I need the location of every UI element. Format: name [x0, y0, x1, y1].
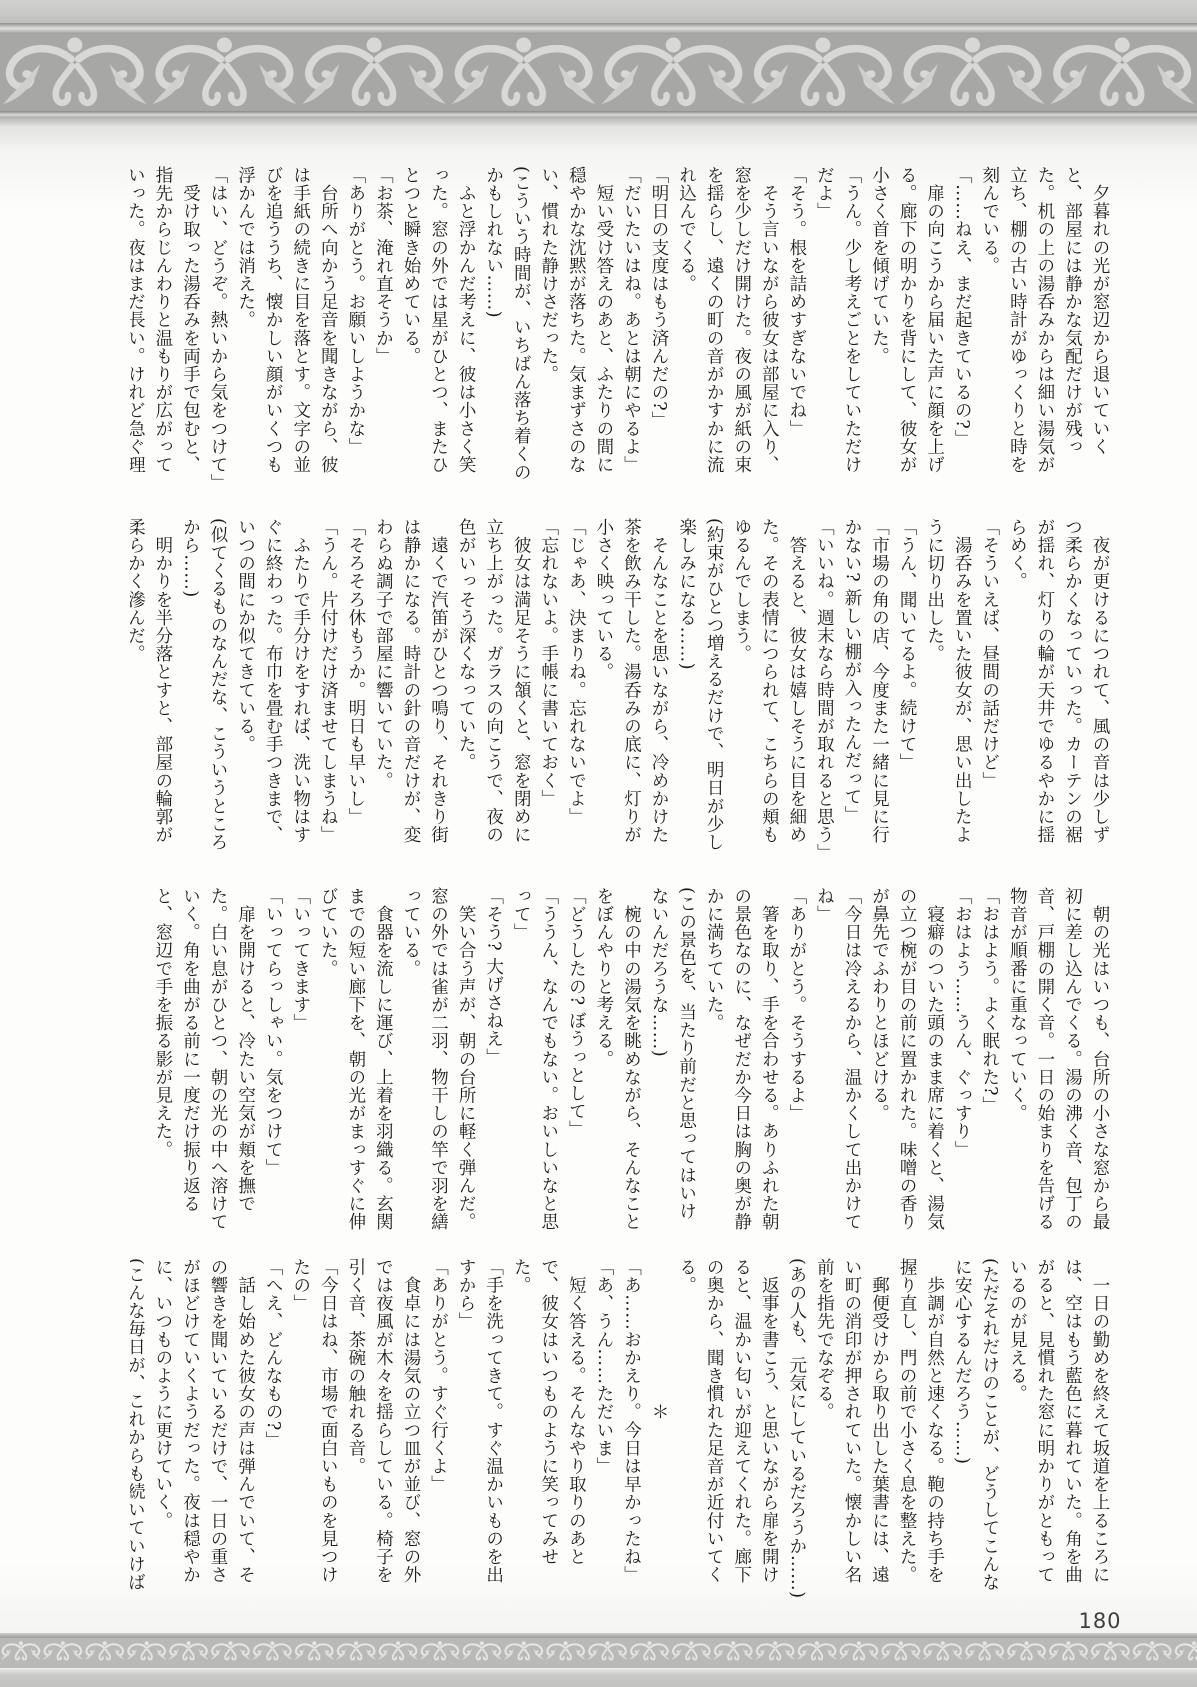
text-paragraph: 話し始めた彼女の声は弾んでいて、その響きを聞いているだけで、一日の重さがほどけて… — [148, 1258, 258, 1601]
text-paragraph: 椀の中の湯気を眺めながら、そんなことをぼんやりと考える。 — [589, 887, 644, 1234]
text-paragraph: 「ありがとう。すぐ行くよ」 — [424, 1258, 452, 1601]
text-paragraph: 扉を開けると、冷たい空気が頬を撫でた。白い息がひとつ、朝の光の中へ溶けていく。角… — [148, 887, 258, 1234]
text-paragraph: 「忘れないよ。手帳に書いておく」 — [534, 518, 562, 856]
text-paragraph: (こういう時間が、いちばん落ち着くのかもしれない……) — [479, 166, 534, 489]
text-paragraph: 「あ……おかえり。今日は早かったね」 — [617, 1258, 645, 1601]
text-paragraph: 夜が更けるにつれて、風の音は少しずつ柔らかくなっていった。カーテンの裾が揺れ、灯… — [1003, 518, 1113, 856]
text-paragraph: 「手を洗ってきて。すぐ温かいものを出すから」 — [452, 1258, 507, 1601]
text-paragraph: 扉の向こうから届いた声に顔を上げる。廊下の明かりを背にして、彼女が小さく首を傾げ… — [865, 166, 948, 489]
top-ornament-border — [0, 0, 1197, 122]
text-paragraph: 「いってきます」 — [286, 887, 314, 1234]
text-paragraph: 「そう。根を詰めすぎないでね」 — [782, 166, 810, 489]
top-lower-rail — [0, 111, 1197, 118]
text-paragraph: 「へえ、どんなもの?」 — [259, 1258, 287, 1601]
text-paragraph: 「うん、聞いてるよ。続けて」 — [893, 518, 921, 856]
text-paragraph: そう言いながら彼女は部屋に入り、窓を少しだけ開けた。夜の風が紙の束を揺らし、遠く… — [672, 166, 782, 489]
text-paragraph: ＊ — [644, 1258, 672, 1601]
text-paragraph: 笑い合う声が、朝の台所に軽く弾んだ。窓の外では雀が二羽、物干しの竿で羽を繕ってい… — [396, 887, 479, 1234]
text-paragraph: 「いってらっしゃい。気をつけて」 — [259, 887, 287, 1234]
text-paragraph: (似てくるものなんだな、こういうところから……) — [176, 518, 231, 856]
text-paragraph: (約束がひとつ増えるだけで、明日が少し楽しみになる……) — [672, 518, 727, 856]
text-paragraph: 「今日は冷えるから、温かくして出かけてね」 — [810, 887, 865, 1234]
text-paragraph: 食卓には湯気の立つ皿が並び、窓の外では夜風が木々を揺らしている。椅子を引く音、茶… — [341, 1258, 424, 1601]
book-page: 夕暮れの光が窓辺から退いていくと、部屋には静かな気配だけが残った。机の上の湯呑み… — [0, 0, 1197, 1687]
text-paragraph: 受け取った湯呑みを両手で包むと、指先からじんわりと温もりが広がっていった。夜はま… — [130, 166, 203, 489]
bottom-base-bar — [0, 1668, 1197, 1687]
text-paragraph: 「いいね。週末なら時間が取れると思う」 — [810, 518, 838, 856]
text-paragraph: 朝の光はいつも、台所の小さな窓から最初に差し込んでくる。湯の沸く音、包丁の音、戸… — [1003, 887, 1113, 1234]
text-paragraph: 「そう? 大げさねえ」 — [479, 887, 507, 1234]
text-paragraph: 「ありがとう。そうするよ」 — [782, 887, 810, 1234]
bottom-frieze-ornament-icon — [0, 1638, 1197, 1668]
bottom-ornament-border — [0, 1633, 1197, 1687]
text-paragraph: 台所へ向かう足音を聞きながら、彼は手紙の続きに目を落とす。文字の並びを追ううち、… — [231, 166, 341, 489]
text-paragraph: 明かりを半分落とすと、部屋の輪郭が柔らかく滲んだ。 — [130, 518, 176, 856]
text-paragraph: 寝癖のついた頭のまま席に着くと、湯気の立つ椀が目の前に置かれた。味噌の香りが鼻先… — [865, 887, 948, 1234]
top-border-fade — [0, 118, 1197, 128]
text-paragraph: ふと浮かんだ考えに、彼は小さく笑った。窓の外では星がひとつ、またひとつと瞬き始め… — [396, 166, 479, 489]
text-paragraph: 一日の勤めを終えて坂道を上るころには、空はもう藍色に暮れていた。角を曲がると、見… — [1003, 1258, 1113, 1601]
text-paragraph: そんなことを思いながら、冷めかけた茶を飲み干した。湯呑みの底に、灯りが小さく映っ… — [589, 518, 672, 856]
text-band-3: 朝の光はいつも、台所の小さな窓から最初に差し込んでくる。湯の沸く音、包丁の音、戸… — [130, 887, 1113, 1234]
text-paragraph: 「市場の角の店、今度また一緒に見に行かない? 新しい棚が入ったんだって」 — [837, 518, 892, 856]
text-paragraph: 「おはよう……うん、ぐっすり」 — [948, 887, 976, 1234]
text-paragraph: 「おはよう。よく眠れた?」 — [975, 887, 1003, 1234]
text-paragraph: 「ううん、なんでもない。おいしいなと思って」 — [507, 887, 562, 1234]
text-band-1: 夕暮れの光が窓辺から退いていくと、部屋には静かな気配だけが残った。机の上の湯呑み… — [130, 166, 1113, 489]
text-paragraph: 彼女は満足そうに頷くと、窓を閉めに立ち上がった。ガラスの向こうで、夜の色がいっそ… — [452, 518, 535, 856]
page-number: 180 — [1068, 1609, 1132, 1633]
text-paragraph: 「明日の支度はもう済んだの?」 — [644, 166, 672, 489]
text-paragraph: (あの人も、元気にしているだろうか……) — [782, 1258, 810, 1601]
text-paragraph: 「うん。片付けだけ済ませてしまうね」 — [314, 518, 342, 856]
text-band-4: 一日の勤めを終えて坂道を上るころには、空はもう藍色に暮れていた。角を曲がると、見… — [130, 1258, 1113, 1601]
text-paragraph: 遠くで汽笛がひとつ鳴り、それきり街は静かになる。時計の針の音だけが、変わらぬ調子… — [369, 518, 452, 856]
text-paragraph: (こんな毎日が、これからも続いていけばいい……) — [130, 1258, 148, 1601]
text-paragraph: 「はい、どうぞ。熱いから気をつけて」 — [203, 166, 231, 489]
top-frieze-ornament-icon — [0, 34, 1197, 112]
text-paragraph: 「じゃあ、決まりね。忘れないでよ」 — [562, 518, 590, 856]
text-paragraph: ふたりで手分けをすれば、洗い物はすぐに終わった。布巾を畳む手つきまで、いつの間に… — [231, 518, 314, 856]
text-paragraph: 答えると、彼女は嬉しそうに目を細めた。その表情につられて、こちらの頬もゆるんでし… — [727, 518, 810, 856]
text-paragraph: 「ありがとう。お願いしようかな」 — [341, 166, 369, 489]
text-paragraph: 夕暮れの光が窓辺から退いていくと、部屋には静かな気配だけが残った。机の上の湯呑み… — [975, 166, 1113, 489]
text-paragraph: 短い受け答えのあと、ふたりの間に穏やかな沈黙が落ちた。気まずさのない、慣れた静け… — [534, 166, 617, 489]
text-paragraph: 郵便受けから取り出した葉書には、遠い町の消印が押されていた。懐かしい名前を指先で… — [810, 1258, 893, 1601]
text-paragraph: 「お茶、淹れ直そうか」 — [369, 166, 397, 489]
text-paragraph: (この景色を、当たり前だと思ってはいけないんだろうな……) — [644, 887, 699, 1234]
text-paragraph: 湯呑みを置いた彼女が、思い出したように切り出した。 — [920, 518, 975, 856]
text-paragraph: 「どうしたの? ぼうっとして」 — [562, 887, 590, 1234]
text-paragraph: 箸を取り、手を合わせる。ありふれた朝の景色なのに、なぜだか今日は胸の奥が静かに満… — [700, 887, 783, 1234]
text-paragraph: 返事を書こう、と思いながら扉を開けると、温かい匂いが迎えてくれた。廊下の奥から、… — [672, 1258, 782, 1601]
text-paragraph: 「……ねえ、まだ起きているの?」 — [948, 166, 976, 489]
text-paragraph: 歩調が自然と速くなる。鞄の持ち手を握り直し、門の前で小さく息を整えた。 — [893, 1258, 948, 1601]
text-paragraph: 「だいたいはね。あとは朝にやるよ」 — [617, 166, 645, 489]
text-paragraph: 「あ、うん……ただいま」 — [589, 1258, 617, 1601]
text-paragraph: 「今日はね、市場で面白いものを見つけたの」 — [286, 1258, 341, 1601]
text-paragraph: 「うん。少し考えごとをしていただけだよ」 — [810, 166, 865, 489]
text-paragraph: 短く答える。そんなやり取りのあとで、彼女はいつものように笑ってみせた。 — [507, 1258, 590, 1601]
text-paragraph: (ただそれだけのことが、どうしてこんなに安心するんだろう……) — [948, 1258, 1003, 1601]
text-paragraph: 食器を流しに運び、上着を羽織る。玄関までの短い廊下を、朝の光がまっすぐに伸びてい… — [314, 887, 397, 1234]
text-paragraph: 「そういえば、昼間の話だけど」 — [975, 518, 1003, 856]
text-paragraph: 「そろそろ休もうか。明日も早いし」 — [341, 518, 369, 856]
text-band-2: 夜が更けるにつれて、風の音は少しずつ柔らかくなっていった。カーテンの裾が揺れ、灯… — [130, 518, 1113, 856]
